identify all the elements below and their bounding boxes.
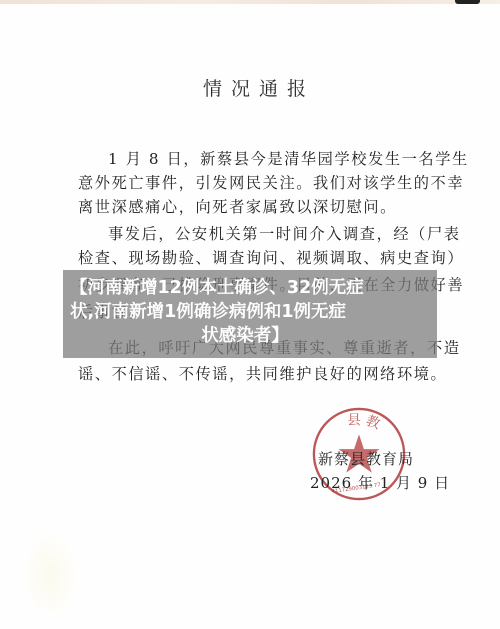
caption-line-3: 状感染者】: [70, 324, 440, 348]
scan-smudge: [20, 530, 80, 620]
document-title: 情况通报: [0, 74, 500, 101]
paragraph-1-line-3: 离世深感痛心，向死者家属致以深切慰问。: [78, 197, 397, 217]
signature-date: 2026 年 1 月 9 日: [310, 472, 450, 493]
caption-overlay-text: 【河南新增12例本土确诊、32例无症 状,河南新增1例确诊病例和1例无症 状感染…: [70, 276, 440, 348]
paragraph-1-line-1: 1 月 8 日，新蔡县今是清华园学校发生一名学生: [108, 149, 469, 169]
paragraph-2-line-2: 检查、现场勘验、调查询问、视频调取、病史查询）: [78, 248, 464, 268]
caption-line-1: 【河南新增12例本土确诊、32例无症: [70, 278, 364, 298]
signature-organization: 新蔡县教育局: [318, 448, 414, 469]
svg-text:县: 县: [347, 413, 361, 429]
page-top-edge: [0, 0, 500, 4]
paragraph-1-line-2: 意外死亡事件，引发网民关注。我们对该学生的不幸: [78, 173, 464, 193]
caption-line-2: 状,河南新增1例确诊病例和1例无症: [70, 302, 346, 322]
paragraph-3-line-2: 谣、不信谣、不传谣，共同维护良好的网络环境。: [78, 364, 447, 384]
paragraph-2-line-1: 事发后，公安机关第一时间介入调查，经（尸表: [108, 224, 461, 244]
page-corner-mark: [455, 0, 480, 4]
